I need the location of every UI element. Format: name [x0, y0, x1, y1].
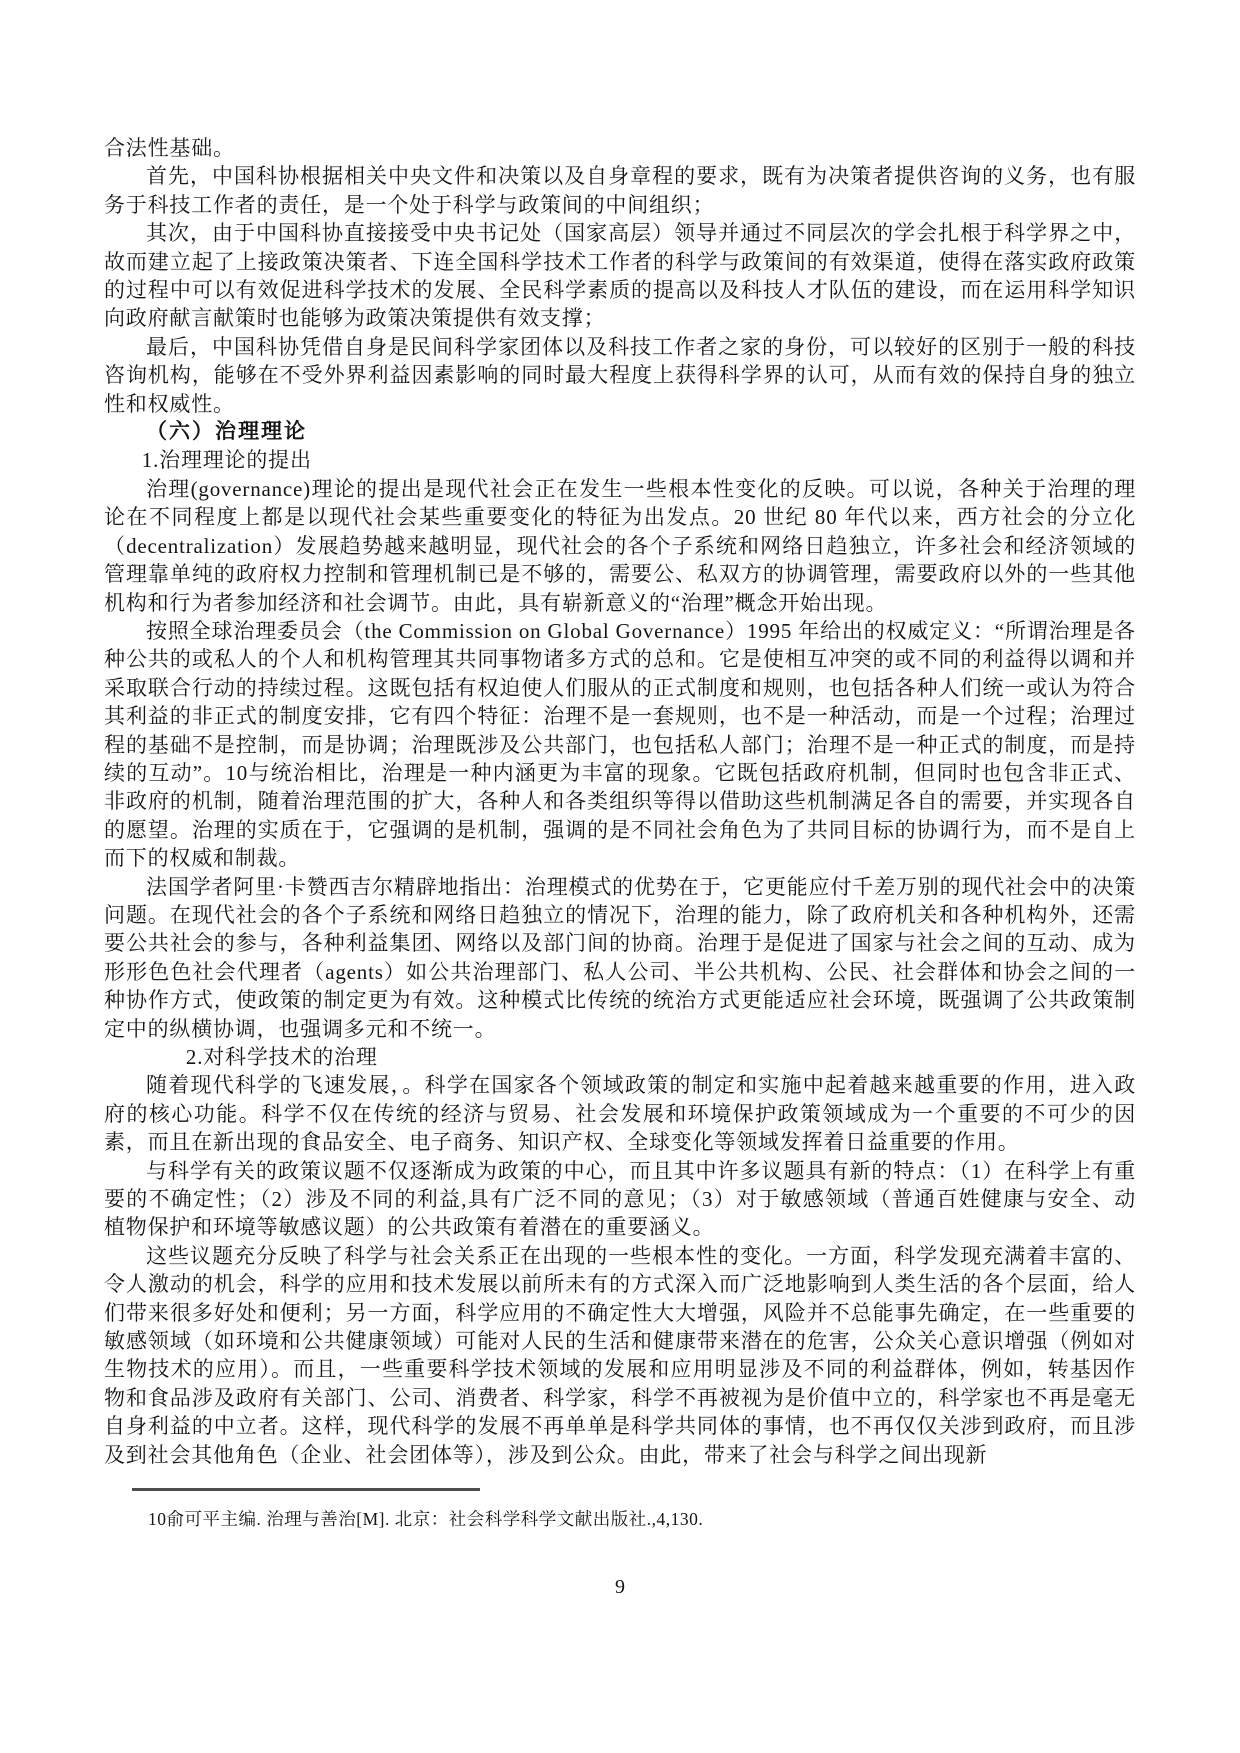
para-third-point: 最后，中国科协凭借自身是民间科学家团体以及科技工作者之家的身份，可以较好的区别于…: [104, 333, 1136, 418]
footnote-citation: 10俞可平主编. 治理与善治[M]. 北京：社会科学科学文献出版社.,4,130…: [104, 1507, 1136, 1531]
para-first-point: 首先，中国科协根据相关中央文件和决策以及自身章程的要求，既有为决策者提供咨询的义…: [104, 162, 1136, 219]
subheading-governance-theory-origin: 1.治理理论的提出: [104, 446, 1136, 474]
para-science-policy-issue-features: 与科学有关的政策议题不仅逐渐成为政策的中心，而且其中许多议题具有新的特点：（1）…: [104, 1157, 1136, 1242]
para-legitimacy-basis: 合法性基础。: [104, 134, 1136, 162]
para-second-point: 其次，由于中国科协直接接受中央书记处（国家高层）领导并通过不同层次的学会扎根于科…: [104, 219, 1136, 333]
para-global-governance-definition: 按照全球治理委员会（the Commission on Global Gover…: [104, 617, 1136, 873]
page-number: 9: [0, 1576, 1240, 1599]
document-page: 合法性基础。 首先，中国科协根据相关中央文件和决策以及自身章程的要求，既有为决策…: [0, 0, 1240, 1753]
para-science-society-changes: 这些议题充分反映了科学与社会关系正在出现的一些根本性的变化。一方面，科学发现充满…: [104, 1242, 1136, 1469]
para-governance-theory-origin: 治理(governance)理论的提出是现代社会正在发生一些根本性变化的反映。可…: [104, 475, 1136, 617]
para-science-policy-role: 随着现代科学的飞速发展，。科学在国家各个领域政策的制定和实施中起着越来越重要的作…: [104, 1071, 1136, 1156]
section-heading-governance-theory: （六）治理理论: [104, 418, 1136, 446]
document-body: 合法性基础。 首先，中国科协根据相关中央文件和决策以及自身章程的要求，既有为决策…: [104, 134, 1136, 1469]
subheading-science-tech-governance: 2.对科学技术的治理: [104, 1043, 1136, 1071]
footnote-separator-rule: [132, 1488, 480, 1491]
para-kazancigil-governance-model: 法国学者阿里·卡赞西吉尔精辟地指出：治理模式的优势在于，它更能应付千差万别的现代…: [104, 873, 1136, 1043]
footnote-area: 10俞可平主编. 治理与善治[M]. 北京：社会科学科学文献出版社.,4,130…: [104, 1488, 1136, 1531]
